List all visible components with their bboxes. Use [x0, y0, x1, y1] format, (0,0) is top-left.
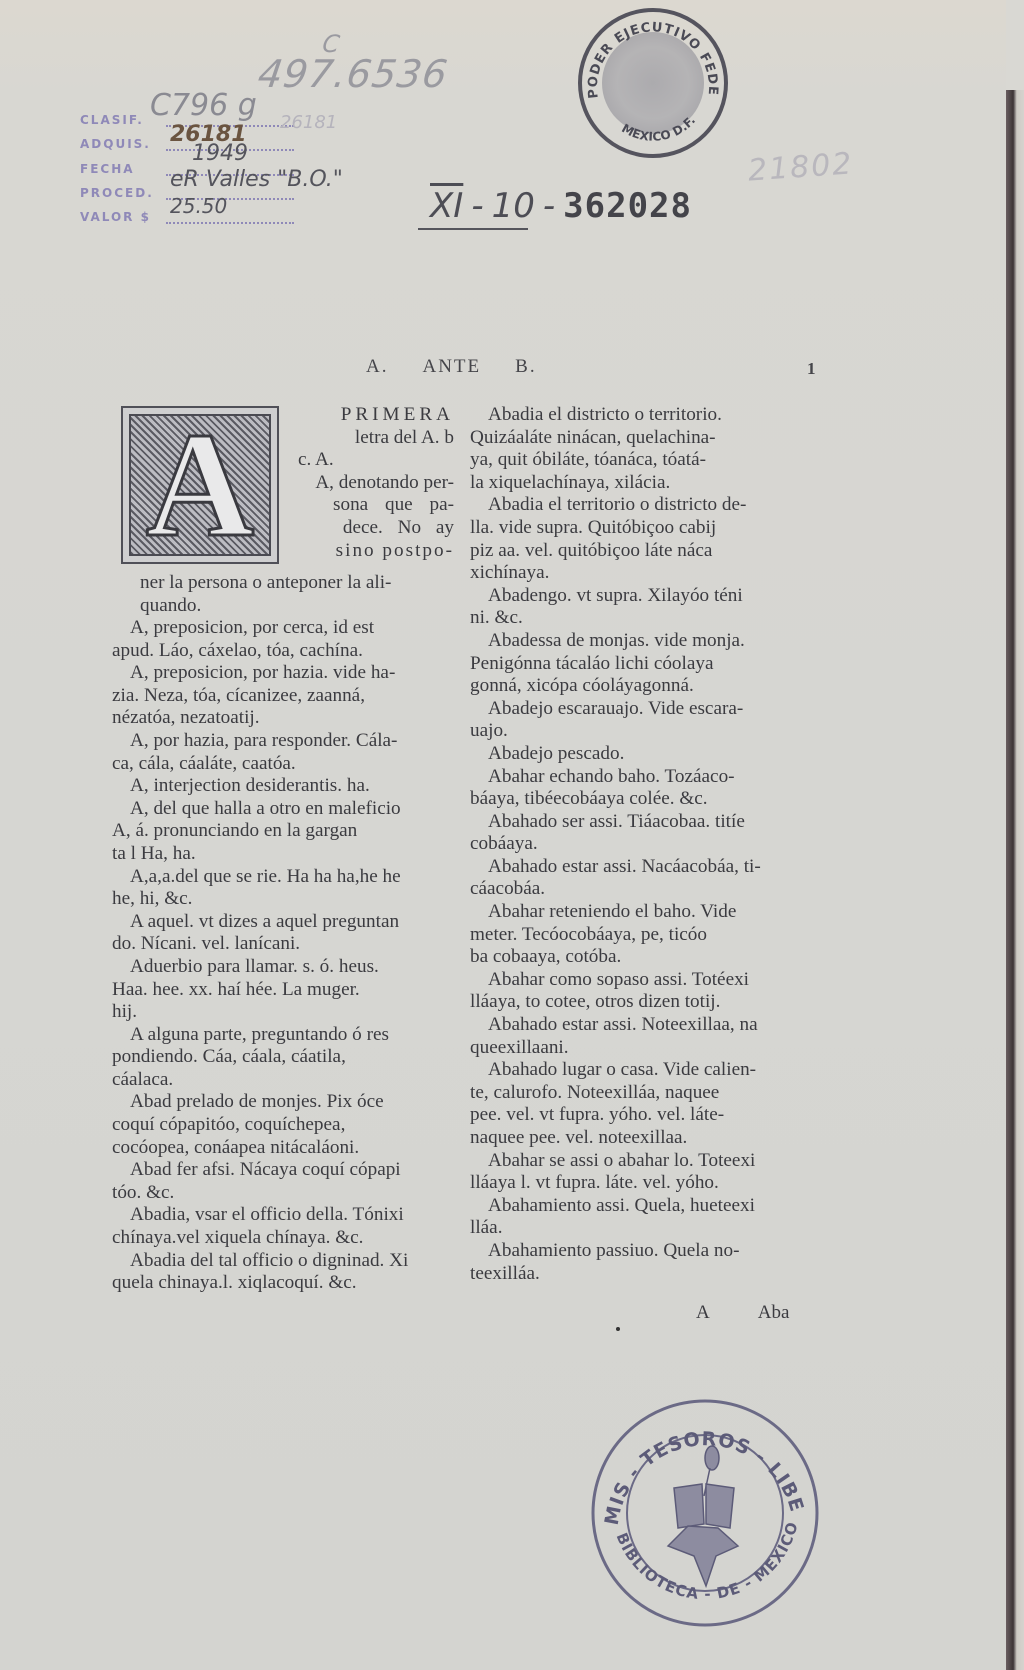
text-line: c. A.	[284, 449, 454, 472]
entry-line: Abadessa de monjas. vide monja.	[488, 630, 810, 653]
dictionary-entry: Abadejo escarauajo. Vide escara-uajo.	[470, 698, 810, 743]
text-line: dece. No ay	[284, 517, 454, 540]
entry-line: A, á. pronunciando en la gargan	[130, 820, 452, 843]
entry-line: uajo.	[488, 720, 810, 743]
entry-line: he, hi, &c.	[130, 888, 452, 911]
dictionary-entry: Abadia del tal officio o digninad. Xique…	[112, 1250, 452, 1295]
field-value: 1949	[192, 141, 248, 166]
drop-cap-letter: A	[123, 408, 277, 562]
entry-line: Haa. hee. xx. haí hée. La muger.	[130, 979, 452, 1002]
field-label: VALOR $	[80, 210, 166, 224]
entry-line: Abahar reteniendo el baho. Vide	[488, 901, 810, 924]
catchword: A	[696, 1302, 710, 1324]
entry-line: A,a,a.del que se rie. Ha ha ha,he he	[130, 866, 452, 889]
field-adquis: ADQUIS. 26181	[80, 129, 294, 151]
text-line: ner la persona o anteponer la ali-	[140, 572, 460, 595]
dictionary-entry: Abahar reteniendo el baho. Videmeter. Te…	[470, 901, 810, 969]
entry-line: báaya, tibéecobáaya colée. &c.	[488, 788, 810, 811]
entry-line: A, interjection desiderantis. ha.	[130, 775, 452, 798]
entry-line: Abad fer afsi. Nácaya coquí cópapi	[130, 1159, 452, 1182]
call-number: C 497.6536	[255, 30, 454, 96]
ornamental-initial-a: A	[121, 406, 279, 564]
entry-line: Quizáaláte ninácan, quelachina-	[488, 427, 810, 450]
entry-line: xichínaya.	[488, 562, 810, 585]
entry-line: Abahar echando baho. Tozáaco-	[488, 766, 810, 789]
entry-line: Abadengo. vt supra. Xilayóo téni	[488, 585, 810, 608]
open-book-torch-icon	[668, 1446, 738, 1586]
catchword: Aba	[758, 1302, 790, 1324]
dictionary-entry: A, por hazia, para responder. Cála-ca, c…	[112, 730, 452, 775]
entry-line: ya, quit óbiláte, tóanáca, tóatá-	[488, 449, 810, 472]
entry-line: A aquel. vt dizes a aquel preguntan	[130, 911, 452, 934]
entry-line: naquee pee. vel. noteexillaa.	[488, 1127, 810, 1150]
dictionary-entry: Abahado estar assi. Noteexillaa, naqueex…	[470, 1014, 810, 1059]
field-valor: VALOR $ 25.50	[80, 202, 294, 224]
dictionary-entry: Abadessa de monjas. vide monja.Penigónna…	[470, 630, 810, 698]
reg-printed-number: 362028	[563, 186, 692, 226]
entry-line: meter. Tecóocobáaya, pe, ticóo	[488, 924, 810, 947]
entry-line: queexillaani.	[488, 1037, 810, 1060]
dictionary-entry: A, preposicion, por cerca, id estapud. L…	[112, 617, 452, 662]
field-value: C796 g	[150, 88, 257, 123]
dictionary-entry: Abahar se assi o abahar lo. Toteexilláay…	[470, 1150, 810, 1195]
entry-line: Abahado ser assi. Tiáacobaa. titíe	[488, 811, 810, 834]
entry-line: A, preposicion, por hazia. vide ha-	[130, 662, 452, 685]
ink-dot	[616, 1327, 620, 1331]
entry-line: Abadia el districto o territorio.	[488, 404, 810, 427]
entry-line: Abahado estar assi. Nacáacobáa, ti-	[488, 856, 810, 879]
dictionary-entry: Abad fer afsi. Nácaya coquí cópapitóo. &…	[112, 1159, 452, 1204]
federal-seal-stamp: PODER EJECUTIVO FEDERAL MEXICO D.F.	[578, 8, 728, 158]
dictionary-entry: A,a,a.del que se rie. Ha ha ha,he hehe, …	[112, 866, 452, 911]
entry-line: Abadejo escarauajo. Vide escara-	[488, 698, 810, 721]
reg-sep: -	[543, 186, 555, 226]
entry-line: pondiendo. Cáa, cáala, cáatila,	[130, 1046, 452, 1069]
text-line: letra del A. b	[284, 427, 454, 450]
field-value: 25.50	[170, 194, 227, 218]
dictionary-entry: Abadengo. vt supra. Xilayóo ténini. &c.	[470, 585, 810, 630]
faint-pencil-number: 21802	[747, 146, 855, 188]
dictionary-entry: Abahado estar assi. Nacáacobáa, ti-cáaco…	[470, 856, 810, 901]
catchwords: A Aba	[696, 1302, 789, 1324]
dictionary-entry: A, del que halla a otro en maleficioA, á…	[112, 798, 452, 866]
document-page: C 497.6536 CLASIF. C796 g ADQUIS. 26181 …	[0, 0, 1006, 1670]
entry-line: teexilláa.	[488, 1263, 810, 1286]
call-number-value: 497.6536	[255, 52, 451, 96]
field-value: eR Valles "B.O."	[170, 167, 343, 192]
entry-line: apud. Láo, cáxelao, tóa, cachína.	[130, 640, 452, 663]
entry-line: Abahar se assi o abahar lo. Toteexi	[488, 1150, 810, 1173]
entry-line: lla. vide supra. Quitóbiçoo cabij	[488, 517, 810, 540]
entry-line: coquí cópapitóo, coquíchepea,	[130, 1114, 452, 1137]
dictionary-entry: Abadia el territorio o districto de-lla.…	[470, 494, 810, 584]
entry-line: cocóopea, conáapea nitácaláoni.	[130, 1137, 452, 1160]
intro-entry: PRIMERA letra del A. b c. A. A, denotand…	[284, 404, 454, 562]
intro-entry-tail: ner la persona o anteponer la ali- quand…	[140, 572, 460, 617]
entry-line: cáacobáa.	[488, 878, 810, 901]
entry-line: la xiquelachínaya, xilácia.	[488, 472, 810, 495]
running-header-part: A.	[366, 356, 388, 378]
entry-line: Abad prelado de monjes. Pix óce	[130, 1091, 452, 1114]
reg-middle: 10	[492, 186, 535, 226]
reg-sep: -	[471, 186, 483, 226]
dictionary-entry: Abahamiento passiuo. Quela no-teexilláa.	[470, 1240, 810, 1285]
entry-line: quela chinaya.l. xiqlacoquí. &c.	[130, 1272, 452, 1295]
entry-line: gonná, xicópa cóoláyagonná.	[488, 675, 810, 698]
entry-line: Abahamiento assi. Quela, hueteexi	[488, 1195, 810, 1218]
seal-ring-text: PODER EJECUTIVO FEDERAL MEXICO D.F.	[578, 8, 728, 158]
entry-line: Abahar como sopaso assi. Totéexi	[488, 969, 810, 992]
entry-line: lláaya l. vt fupra. láte. vel. yóho.	[488, 1172, 810, 1195]
dictionary-entry: Abahado ser assi. Tiáacobaa. titíecobáay…	[470, 811, 810, 856]
running-header-part: B.	[515, 356, 536, 378]
entry-line: ta l Ha, ha.	[130, 843, 452, 866]
page-edge-shadow	[1006, 90, 1024, 1670]
text-line: sona que pa-	[284, 494, 454, 517]
entry-line: te, calurofo. Noteexilláa, naquee	[488, 1082, 810, 1105]
dictionary-entry: Abahamiento assi. Quela, hueteexilláa.	[470, 1195, 810, 1240]
entry-line: Abahamiento passiuo. Quela no-	[488, 1240, 810, 1263]
entry-line: A, del que halla a otro en maleficio	[130, 798, 452, 821]
reg-prefix: XI	[430, 186, 463, 226]
entry-line: ca, cála, cáaláte, caatóa.	[130, 753, 452, 776]
dictionary-entry: Aduerbio para llamar. s. ó. heus.Haa. he…	[112, 956, 452, 1024]
entry-line: ba cobaaya, cotóba.	[488, 946, 810, 969]
field-value-faint: 26181	[280, 112, 337, 133]
entry-line: Abadia, vsar el officio della. Tónixi	[130, 1204, 452, 1227]
dictionary-entry: Abahar echando baho. Tozáaco-báaya, tibé…	[470, 766, 810, 811]
dictionary-entry: A aquel. vt dizes a aquel preguntando. N…	[112, 911, 452, 956]
entry-line: A, preposicion, por cerca, id est	[130, 617, 452, 640]
svg-text:PODER EJECUTIVO FEDERAL: PODER EJECUTIVO FEDERAL	[578, 8, 720, 99]
entry-line: lláaya, to cotee, otros dizen totij.	[488, 991, 810, 1014]
entry-line: chínaya.vel xiquela chínaya. &c.	[130, 1227, 452, 1250]
page-number: 1	[807, 359, 816, 379]
running-header-part: ANTE	[422, 356, 481, 378]
running-header: A. ANTE B.	[366, 356, 537, 378]
dictionary-entry: Abahado lugar o casa. Vide calien-te, ca…	[470, 1059, 810, 1149]
text-line: sino postpo-	[284, 540, 454, 563]
entry-line: A, por hazia, para responder. Cála-	[130, 730, 452, 753]
entry-line: zia. Neza, tóa, cícanizee, zaanná,	[130, 685, 452, 708]
field-label: ADQUIS.	[80, 137, 166, 151]
entry-line: Abahado lugar o casa. Vide calien-	[488, 1059, 810, 1082]
entry-line: Abadejo pescado.	[488, 743, 810, 766]
field-label: FECHA	[80, 162, 166, 176]
entry-line: hij.	[130, 1001, 452, 1024]
entry-line: Penigónna tácaláo lichi cóolaya	[488, 653, 810, 676]
entry-line: do. Nícani. vel. lanícani.	[130, 933, 452, 956]
entry-line: lláa.	[488, 1217, 810, 1240]
svg-text:MEXICO D.F.: MEXICO D.F.	[619, 113, 698, 143]
entry-line: cáalaca.	[130, 1069, 452, 1092]
dictionary-entry: Abadia el districto o territorio.Quizáal…	[470, 404, 810, 494]
library-stamp: MIS - TESOROS - LIBERAN BIBLIOTECA - DE …	[588, 1396, 822, 1630]
right-column: Abadia el districto o territorio.Quizáal…	[470, 404, 810, 1285]
entry-line: A alguna parte, preguntando ó res	[130, 1024, 452, 1047]
dictionary-entry: Abadejo pescado.	[470, 743, 810, 766]
dictionary-entry: Abad prelado de monjes. Pix ócecoquí cóp…	[112, 1091, 452, 1159]
entry-line: Aduerbio para llamar. s. ó. heus.	[130, 956, 452, 979]
entry-line: Abadia el territorio o districto de-	[488, 494, 810, 517]
dictionary-entry: Abadia, vsar el officio della. Tónixichí…	[112, 1204, 452, 1249]
entry-line: nézatóa, nezatoatij.	[130, 707, 452, 730]
entry-line: cobáaya.	[488, 833, 810, 856]
entry-line: pee. vel. vt fupra. yóho. vel. láte-	[488, 1104, 810, 1127]
entry-line: Abahado estar assi. Noteexillaa, na	[488, 1014, 810, 1037]
registration-number: XI - 10 - 362028	[430, 186, 692, 226]
entry-line: piz aa. vel. quitóbiçoo láte náca	[488, 540, 810, 563]
left-column: A, preposicion, por cerca, id estapud. L…	[112, 617, 452, 1295]
dictionary-entry: A, preposicion, por hazia. vide ha-zia. …	[112, 662, 452, 730]
dictionary-entry: Abahar como sopaso assi. Totéexilláaya, …	[470, 969, 810, 1014]
dictionary-entry: A, interjection desiderantis. ha.	[112, 775, 452, 798]
entry-line: Abadia del tal officio o digninad. Xi	[130, 1250, 452, 1273]
entry-line: tóo. &c.	[130, 1182, 452, 1205]
reg-underline	[418, 228, 528, 230]
text-line: quando.	[140, 595, 460, 618]
entry-line: ni. &c.	[488, 607, 810, 630]
dictionary-entry: A alguna parte, preguntando ó respondien…	[112, 1024, 452, 1092]
text-line: A, denotando per-	[284, 472, 454, 495]
acquisition-stamp: C 497.6536 CLASIF. C796 g ADQUIS. 26181 …	[80, 30, 410, 220]
field-label: PROCED.	[80, 186, 166, 200]
text-line: PRIMERA	[284, 404, 454, 427]
